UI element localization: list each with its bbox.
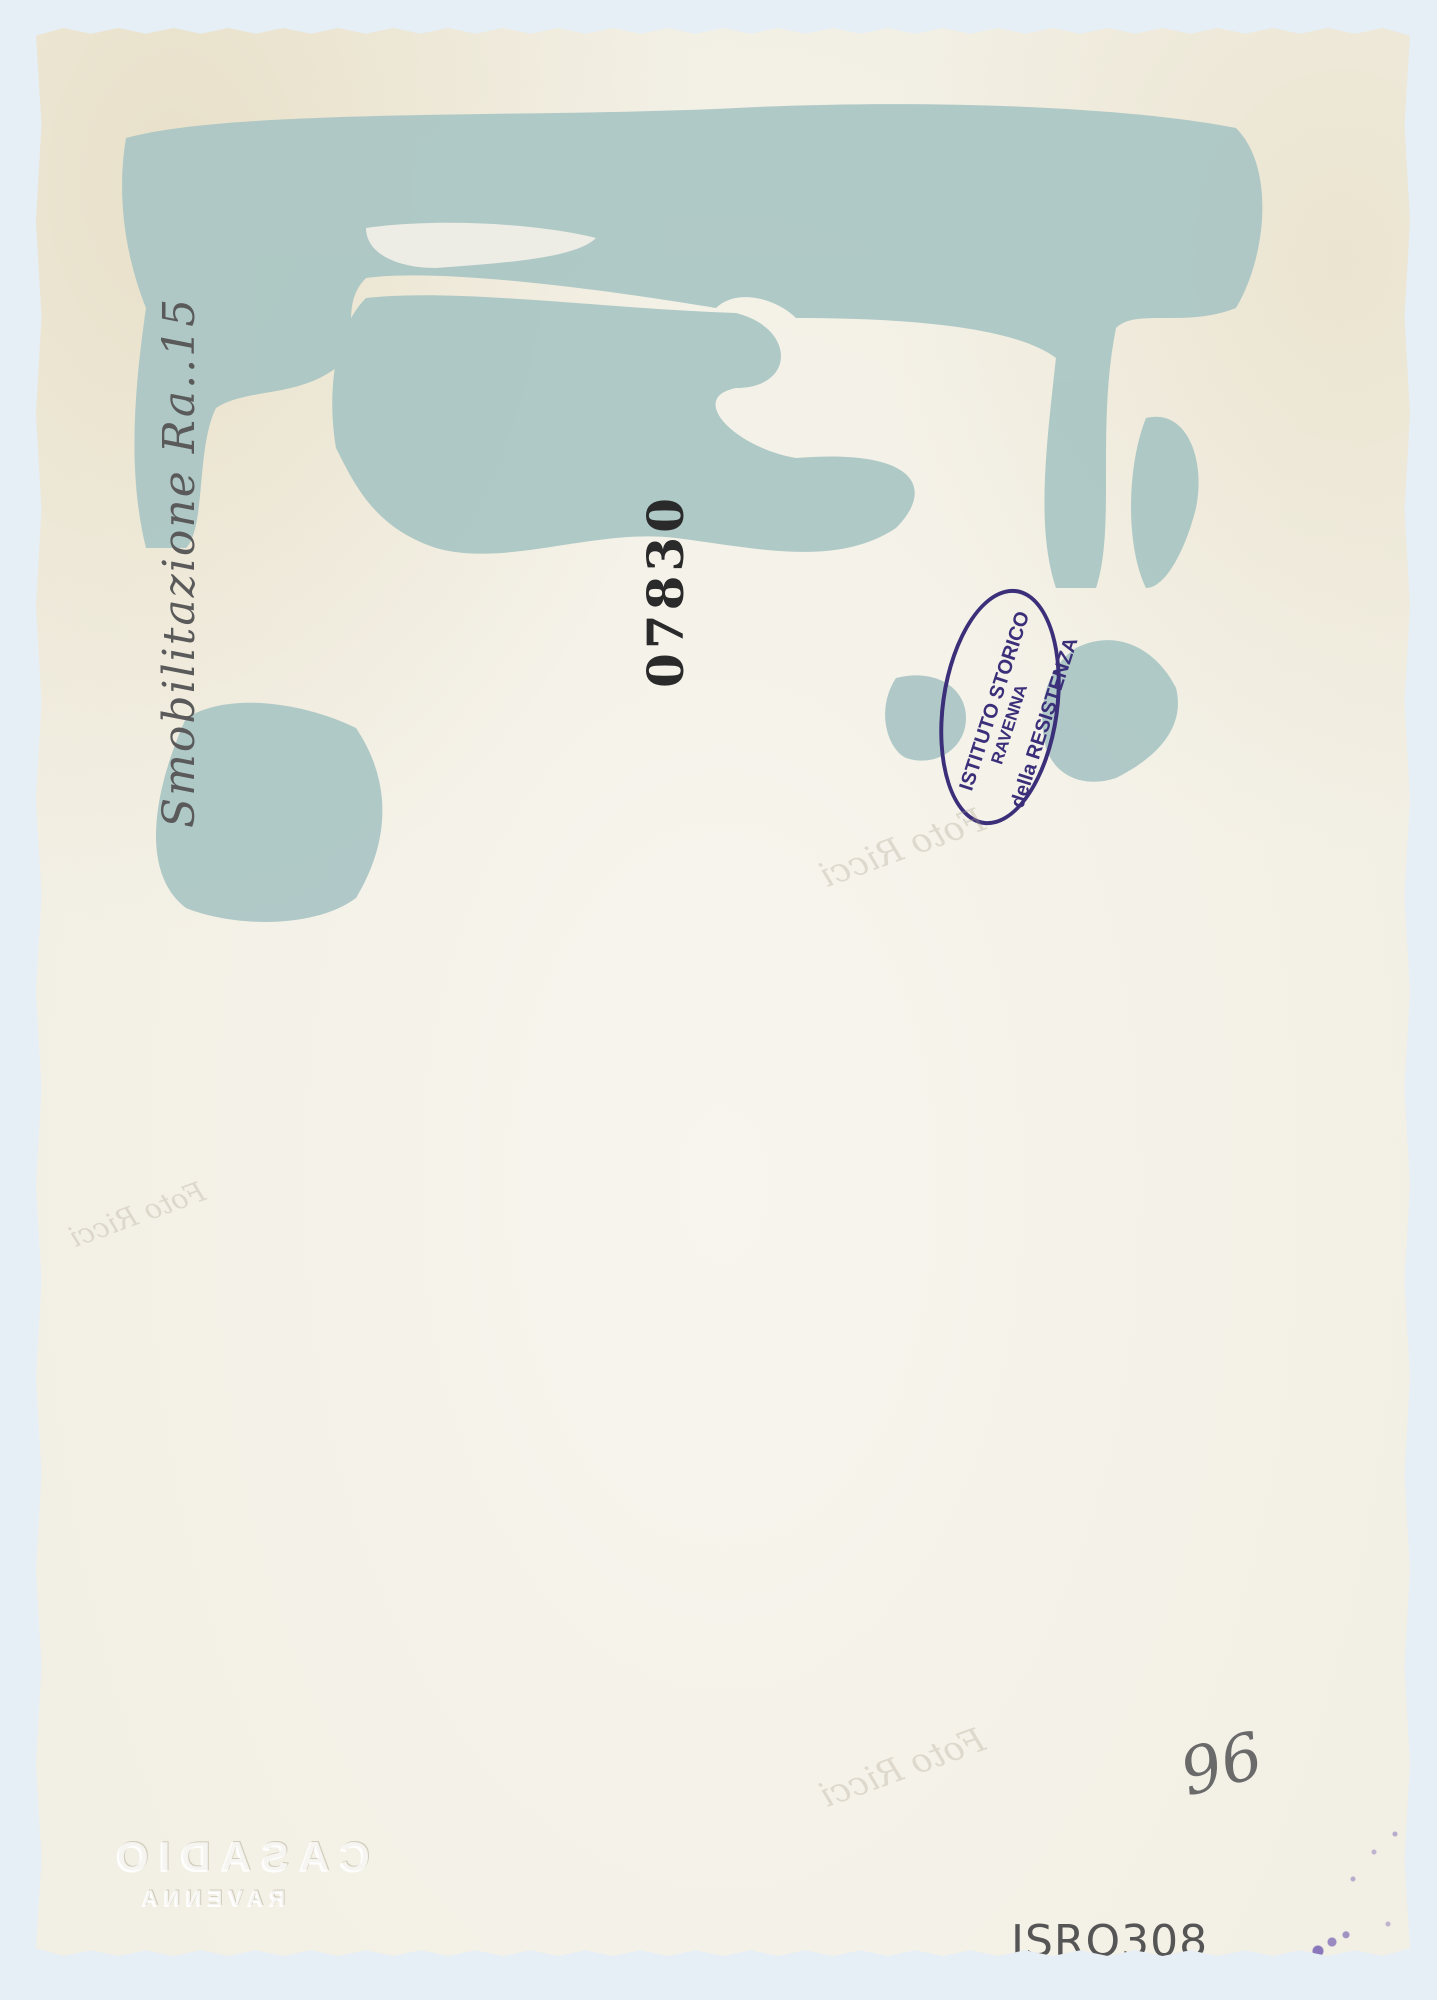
ink-speckle-mark <box>1276 1798 1416 1978</box>
paste-residue <box>36 28 1410 1956</box>
inventory-number-stamp: 07830 <box>636 494 695 688</box>
embossed-studio-name: CASADIO <box>106 1833 370 1881</box>
photo-card-back: Smobilitazione Ra..15 07830 ISTITUTO STO… <box>36 28 1410 1956</box>
archive-code: ISRO308 <box>1011 1916 1208 1967</box>
handwritten-caption: Smobilitazione Ra..15 <box>154 297 205 828</box>
embossed-studio-city: RAVENNA <box>136 1886 285 1912</box>
